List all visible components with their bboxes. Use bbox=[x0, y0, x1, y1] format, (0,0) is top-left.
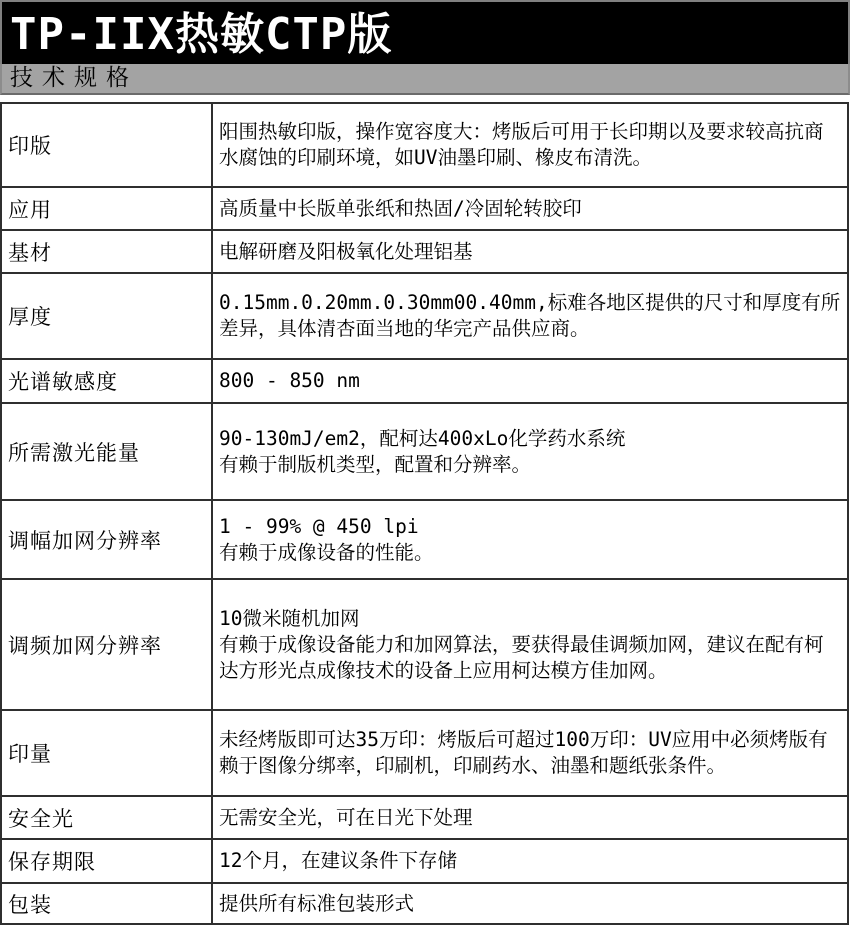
spec-value-cell: 电解研磨及阳极氧化处理铝基 bbox=[212, 230, 848, 273]
spec-table-row: 调频加网分辨率 10微米随机加网 有赖于成像设备能力和加网算法，要获得最佳调频加… bbox=[1, 579, 848, 710]
spec-label-cell: 保存期限 bbox=[1, 839, 212, 883]
spec-label-cell: 调幅加网分辨率 bbox=[1, 500, 212, 579]
spec-value-cell: 未经烤版即可达35万印：烤版后可超过100万印：UV应用中必须烤版有赖于图像分绑… bbox=[212, 710, 848, 796]
spec-label-cell: 印版 bbox=[1, 103, 212, 187]
spec-table-row: 调幅加网分辨率 1 - 99% @ 450 lpi 有赖于成像设备的性能。 bbox=[1, 500, 848, 579]
spec-value-cell: 12个月，在建议条件下存储 bbox=[212, 839, 848, 883]
spec-table-body: 印版 阳围热敏印版，操作宽容度大：烤版后可用于长印期以及要求较高抗商水腐蚀的印刷… bbox=[1, 103, 848, 924]
spec-value-cell: 1 - 99% @ 450 lpi 有赖于成像设备的性能。 bbox=[212, 500, 848, 579]
section-header-label: 技术规格 bbox=[10, 67, 138, 90]
spec-label-cell: 所需激光能量 bbox=[1, 403, 212, 500]
spec-label-cell: 包装 bbox=[1, 883, 212, 924]
spec-table: 印版 阳围热敏印版，操作宽容度大：烤版后可用于长印期以及要求较高抗商水腐蚀的印刷… bbox=[0, 102, 849, 925]
spec-value-cell: 无需安全光，可在日光下处理 bbox=[212, 796, 848, 839]
spec-label-cell: 厚度 bbox=[1, 273, 212, 359]
spec-value-cell: 10微米随机加网 有赖于成像设备能力和加网算法，要获得最佳调频加网，建议在配有柯… bbox=[212, 579, 848, 710]
spec-label-cell: 安全光 bbox=[1, 796, 212, 839]
spec-label-cell: 基材 bbox=[1, 230, 212, 273]
spec-value-cell: 阳围热敏印版，操作宽容度大：烤版后可用于长印期以及要求较高抗商水腐蚀的印刷环境，… bbox=[212, 103, 848, 187]
spec-table-row: 应用 高质量中长版单张纸和热固/冷固轮转胶印 bbox=[1, 187, 848, 230]
spec-value-cell: 90-130mJ/em2，配柯达400xLo化学药水系统 有赖于制版机类型，配置… bbox=[212, 403, 848, 500]
spec-table-row: 保存期限 12个月，在建议条件下存储 bbox=[1, 839, 848, 883]
page-title: TP-IIX热敏CTP版 bbox=[2, 9, 392, 57]
spec-label-cell: 应用 bbox=[1, 187, 212, 230]
spec-table-row: 厚度 0.15mm.0.20mm.0.30mm00.40mm,标难各地区提供的尺… bbox=[1, 273, 848, 359]
spec-value-cell: 800 - 850 nm bbox=[212, 359, 848, 403]
spec-label-cell: 调频加网分辨率 bbox=[1, 579, 212, 710]
spec-table-row: 基材 电解研磨及阳极氧化处理铝基 bbox=[1, 230, 848, 273]
spec-table-row: 光谱敏感度 800 - 850 nm bbox=[1, 359, 848, 403]
spec-table-row: 印量 未经烤版即可达35万印：烤版后可超过100万印：UV应用中必须烤版有赖于图… bbox=[1, 710, 848, 796]
spec-table-row: 所需激光能量 90-130mJ/em2，配柯达400xLo化学药水系统 有赖于制… bbox=[1, 403, 848, 500]
spec-table-row: 包装 提供所有标准包装形式 bbox=[1, 883, 848, 924]
spec-sheet-page: TP-IIX热敏CTP版 技术规格 印版 阳围热敏印版，操作宽容度大：烤版后可用… bbox=[0, 0, 850, 925]
section-header-bar: 技术规格 bbox=[0, 64, 850, 95]
spec-value-cell: 高质量中长版单张纸和热固/冷固轮转胶印 bbox=[212, 187, 848, 230]
spec-table-row: 安全光 无需安全光，可在日光下处理 bbox=[1, 796, 848, 839]
spec-label-cell: 印量 bbox=[1, 710, 212, 796]
title-bar: TP-IIX热敏CTP版 bbox=[0, 0, 850, 64]
spec-value-cell: 提供所有标准包装形式 bbox=[212, 883, 848, 924]
spec-label-cell: 光谱敏感度 bbox=[1, 359, 212, 403]
spec-value-cell: 0.15mm.0.20mm.0.30mm00.40mm,标难各地区提供的尺寸和厚… bbox=[212, 273, 848, 359]
spec-table-row: 印版 阳围热敏印版，操作宽容度大：烤版后可用于长印期以及要求较高抗商水腐蚀的印刷… bbox=[1, 103, 848, 187]
